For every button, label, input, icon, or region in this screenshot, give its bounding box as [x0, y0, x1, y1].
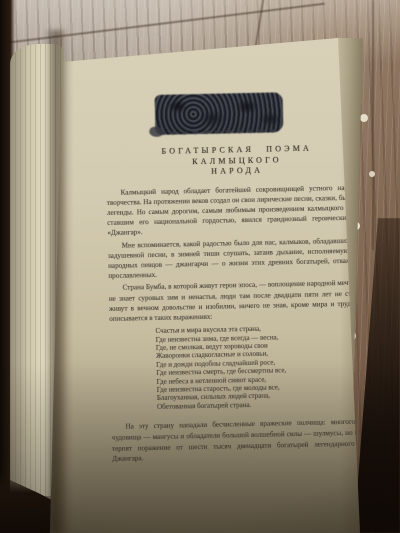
page-text: БОГАТЫРСКАЯ ПОЭМА КАЛМЫЦКОГО НАРОДА Калм…	[104, 63, 374, 465]
plank-seam	[372, 0, 374, 250]
body-paragraph: Страна Бумба, в которой живут герои эпос…	[109, 278, 372, 324]
book-gutter-shadow	[44, 30, 68, 533]
chapter-title: БОГАТЫРСКАЯ ПОЭМА КАЛМЫЦКОГО НАРОДА	[106, 142, 369, 179]
book-page: БОГАТЫРСКАЯ ПОЭМА КАЛМЫЦКОГО НАРОДА Калм…	[48, 32, 362, 533]
headpiece-ornament-icon	[155, 92, 284, 135]
body-paragraph: Мне вспоминается, какой радостью было дл…	[108, 235, 371, 281]
verse-block: Счастья и мира вкусила эта страна, Где н…	[155, 323, 373, 412]
body-paragraph: На эту страну нападали бесчисленные враж…	[111, 417, 374, 465]
body-paragraph: Калмыцкий народ обладает богатейшей сокр…	[107, 182, 370, 238]
photo-of-open-book: БОГАТЫРСКАЯ ПОЭМА КАЛМЫЦКОГО НАРОДА Калм…	[0, 0, 400, 533]
